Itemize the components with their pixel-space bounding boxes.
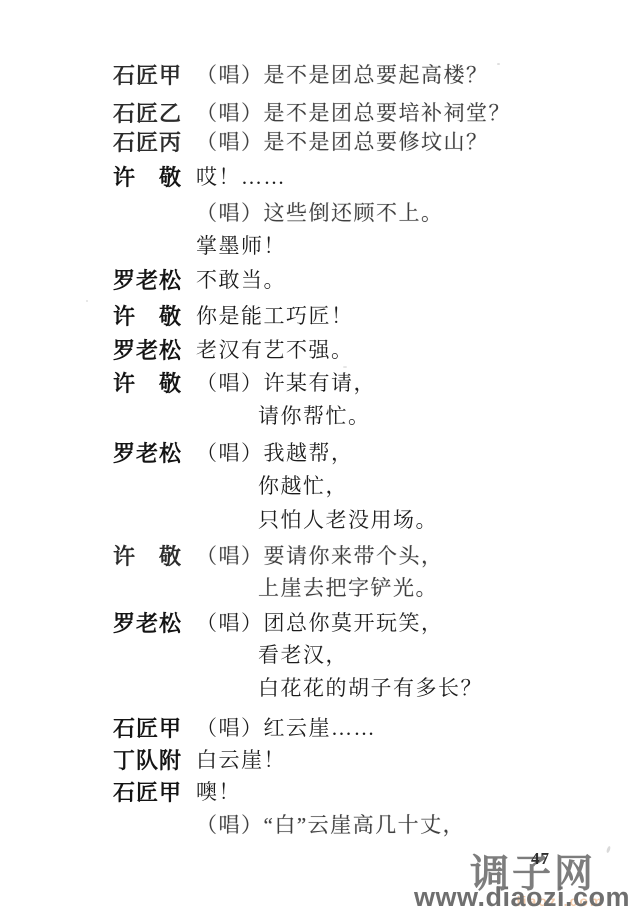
speaker-name: 丁队附 (113, 744, 182, 775)
speaker-name: 石匠丙 (113, 126, 182, 157)
dialogue-text: （唱）“白”云崖高几十丈， (196, 809, 465, 839)
script-line: 石匠乙 （唱）是不是团总要培补祠堂？ (0, 97, 640, 125)
dialogue-text: （唱）要请你来带个头， (196, 540, 444, 570)
script-line: 罗老松 （唱）我越帮， (0, 437, 640, 465)
dialogue-text: 你越忙， (258, 470, 348, 500)
script-line: 许 敬 哎！…… (0, 161, 640, 189)
dialogue-text: 噢！ (196, 776, 241, 806)
watermark-echo-url: diaozi.com (512, 893, 604, 909)
scan-speck (343, 366, 347, 368)
script-line: 罗老松 （唱）团总你莫开玩笑， (0, 607, 640, 635)
script-line: 掌墨师！ (0, 230, 640, 258)
dialogue-text: （唱）红云崖…… (196, 712, 376, 742)
speaker-name: 许 敬 (113, 300, 182, 331)
watermark-url-text: www.diaozi.com (414, 882, 630, 913)
scanned-script-page: 石匠甲 （唱）是不是团总要起高楼？ 石匠乙 （唱）是不是团总要培补祠堂？ 石匠丙… (0, 0, 640, 920)
dialogue-text: 掌墨师！ (196, 230, 286, 260)
script-line: 上崖去把字铲光。 (0, 572, 640, 600)
script-line: 许 敬 （唱）许某有请， (0, 367, 640, 395)
dialogue-text: （唱）我越帮， (196, 437, 354, 467)
dialogue-text: 白花花的胡子有多长？ (258, 672, 483, 702)
speaker-name: 许 敬 (113, 367, 182, 398)
dialogue-text: （唱）是不是团总要起高楼？ (196, 59, 489, 89)
script-line: 罗老松 不敢当。 (0, 264, 640, 292)
script-line: 许 敬 你是能工巧匠！ (0, 300, 640, 328)
speaker-name: 许 敬 (113, 540, 182, 571)
dialogue-text: （唱）许某有请， (196, 367, 376, 397)
dialogue-text: 老汉有艺不强。 (196, 334, 354, 364)
script-line: 石匠甲 噢！ (0, 776, 640, 804)
dialogue-text: 你是能工巧匠！ (196, 300, 354, 330)
watermark-brand-text: 调子网 (470, 843, 596, 899)
script-line: 只怕人老没用场。 (0, 504, 640, 532)
dialogue-text: 不敢当。 (196, 264, 286, 294)
script-line: 许 敬 （唱）要请你来带个头， (0, 540, 640, 568)
script-line: （唱）“白”云崖高几十丈， (0, 809, 640, 837)
scan-speck (606, 846, 611, 854)
script-line: 请你帮忙。 (0, 400, 640, 428)
scan-speck (497, 63, 500, 65)
script-line: （唱）这些倒还顾不上。 (0, 197, 640, 225)
script-line: 石匠甲 （唱）红云崖…… (0, 712, 640, 740)
dialogue-text: （唱）是不是团总要修坟山？ (196, 126, 489, 156)
dialogue-text: 看老汉， (258, 639, 348, 669)
dialogue-text: 上崖去把字铲光。 (258, 572, 438, 602)
dialogue-text: （唱）这些倒还顾不上。 (196, 197, 444, 227)
dialogue-text: （唱）团总你莫开玩笑， (196, 607, 444, 637)
dialogue-text: 只怕人老没用场。 (258, 504, 438, 534)
speaker-name: 石匠乙 (113, 97, 182, 128)
scan-speck (86, 300, 88, 302)
script-line: 看老汉， (0, 639, 640, 667)
dialogue-text: 白云崖！ (196, 744, 286, 774)
speaker-name: 罗老松 (113, 334, 182, 365)
script-line: 罗老松 老汉有艺不强。 (0, 334, 640, 362)
page-number: 47 (531, 849, 550, 869)
speaker-name: 罗老松 (113, 264, 182, 295)
script-line: 白花花的胡子有多长？ (0, 672, 640, 700)
script-line: 你越忙， (0, 470, 640, 498)
speaker-name: 罗老松 (113, 437, 182, 468)
dialogue-text: （唱）是不是团总要培补祠堂？ (196, 97, 511, 127)
speaker-name: 石匠甲 (113, 776, 182, 807)
speaker-name: 许 敬 (113, 161, 182, 192)
script-line: 石匠甲 （唱）是不是团总要起高楼？ (0, 59, 640, 87)
dialogue-text: 请你帮忙。 (258, 400, 371, 430)
dialogue-text: 哎！…… (196, 161, 286, 191)
speaker-name: 石匠甲 (113, 59, 182, 90)
script-line: 丁队附 白云崖！ (0, 744, 640, 772)
speaker-name: 石匠甲 (113, 712, 182, 743)
script-line: 石匠丙 （唱）是不是团总要修坟山？ (0, 126, 640, 154)
speaker-name: 罗老松 (113, 607, 182, 638)
